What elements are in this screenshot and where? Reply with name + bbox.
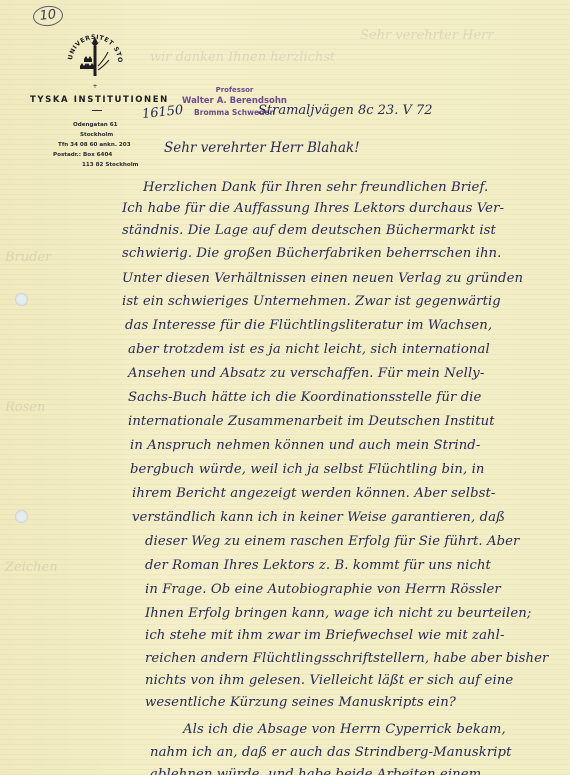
body-line: Sachs-Buch hätte ich die Koordinationsst… (128, 390, 481, 405)
body-line: das Interesse für die Flüchtlingsliterat… (125, 318, 492, 333)
body-line: ablehnen würde, und habe beide Arbeiten … (150, 767, 481, 775)
body-line: ist ein schwieriges Unternehmen. Zwar is… (122, 294, 501, 309)
stamp-title: Professor (182, 85, 287, 96)
body-line: nichts von ihm gelesen. Vielleicht läßt … (145, 673, 513, 688)
show-through-text: Bruder (5, 250, 51, 265)
show-through-text: Sehr verehrter Herr (360, 28, 494, 43)
body-line: Herzlichen Dank für Ihren sehr freundlic… (143, 180, 488, 195)
body-line: schwierig. Die großen Bücherfabriken beh… (122, 246, 501, 261)
body-line: reichen andern Flüchtlingsschriftsteller… (145, 651, 548, 666)
address-line: Stockholm (80, 132, 113, 138)
body-line: aber trotzdem ist es ja nicht leicht, si… (128, 342, 490, 357)
letterhead-divider (92, 110, 102, 111)
punch-hole (15, 293, 28, 306)
svg-text:+: + (92, 83, 97, 90)
body-line: Ansehen und Absatz zu verschaffen. Für m… (128, 366, 484, 381)
body-line: wesentliche Kürzung seines Manuskripts e… (145, 695, 456, 710)
body-line: Als ich die Absage von Herrn Cyperrick b… (183, 722, 506, 737)
body-line: ich stehe mit ihm zwar im Briefwechsel w… (145, 628, 505, 643)
institution-name: TYSKA INSTITUTIONEN (30, 95, 169, 105)
show-through-text: Rosen (5, 400, 45, 415)
show-through-text: Zeichen (5, 560, 58, 575)
address-line: Tfn 34 08 60 ankn. 203 (58, 142, 131, 148)
address-line: Odengatan 61 (73, 122, 117, 128)
body-line: Ihnen Erfolg bringen kann, wage ich nich… (145, 606, 531, 621)
salutation: Sehr verehrter Herr Blahak! (164, 140, 360, 156)
body-line: in Frage. Ob eine Autobiographie von Her… (145, 582, 501, 597)
body-line: nahm ich an, daß er auch das Strindberg-… (150, 745, 511, 760)
body-line: verständlich kann ich in keiner Weise ga… (132, 510, 505, 525)
show-through-text: wir danken Ihnen herzlichst (150, 50, 335, 65)
address-line: 113 82 Stockholm (82, 162, 139, 168)
body-line: ständnis. Die Lage auf dem deutschen Büc… (122, 223, 496, 238)
punch-hole (15, 510, 28, 523)
body-line: Ich habe für die Auffassung Ihres Lektor… (122, 201, 504, 216)
address-line: Postadr.: Box 6404 (53, 152, 112, 158)
body-line: Unter diesen Verhältnissen einen neuen V… (122, 271, 523, 286)
body-line: internationale Zusammenarbeit im Deutsch… (128, 414, 495, 429)
body-line: ihrem Bericht angezeigt werden können. A… (132, 486, 495, 501)
body-line: in Anspruch nehmen können und auch mein … (130, 438, 480, 453)
svg-text:UNIVERSITET STOCKHOLMS: UNIVERSITET STOCKHOLMS (62, 26, 123, 63)
body-line: dieser Weg zu einem raschen Erfolg für S… (145, 534, 519, 549)
place-and-date: Stramaljvägen 8c 23. V 72 (258, 103, 433, 118)
body-line: bergbuch würde, weil ich ja selbst Flüch… (130, 462, 485, 477)
university-seal-icon: UNIVERSITET STOCKHOLMS + (62, 26, 128, 92)
body-line: der Roman Ihres Lektors z. B. kommt für … (145, 558, 491, 573)
